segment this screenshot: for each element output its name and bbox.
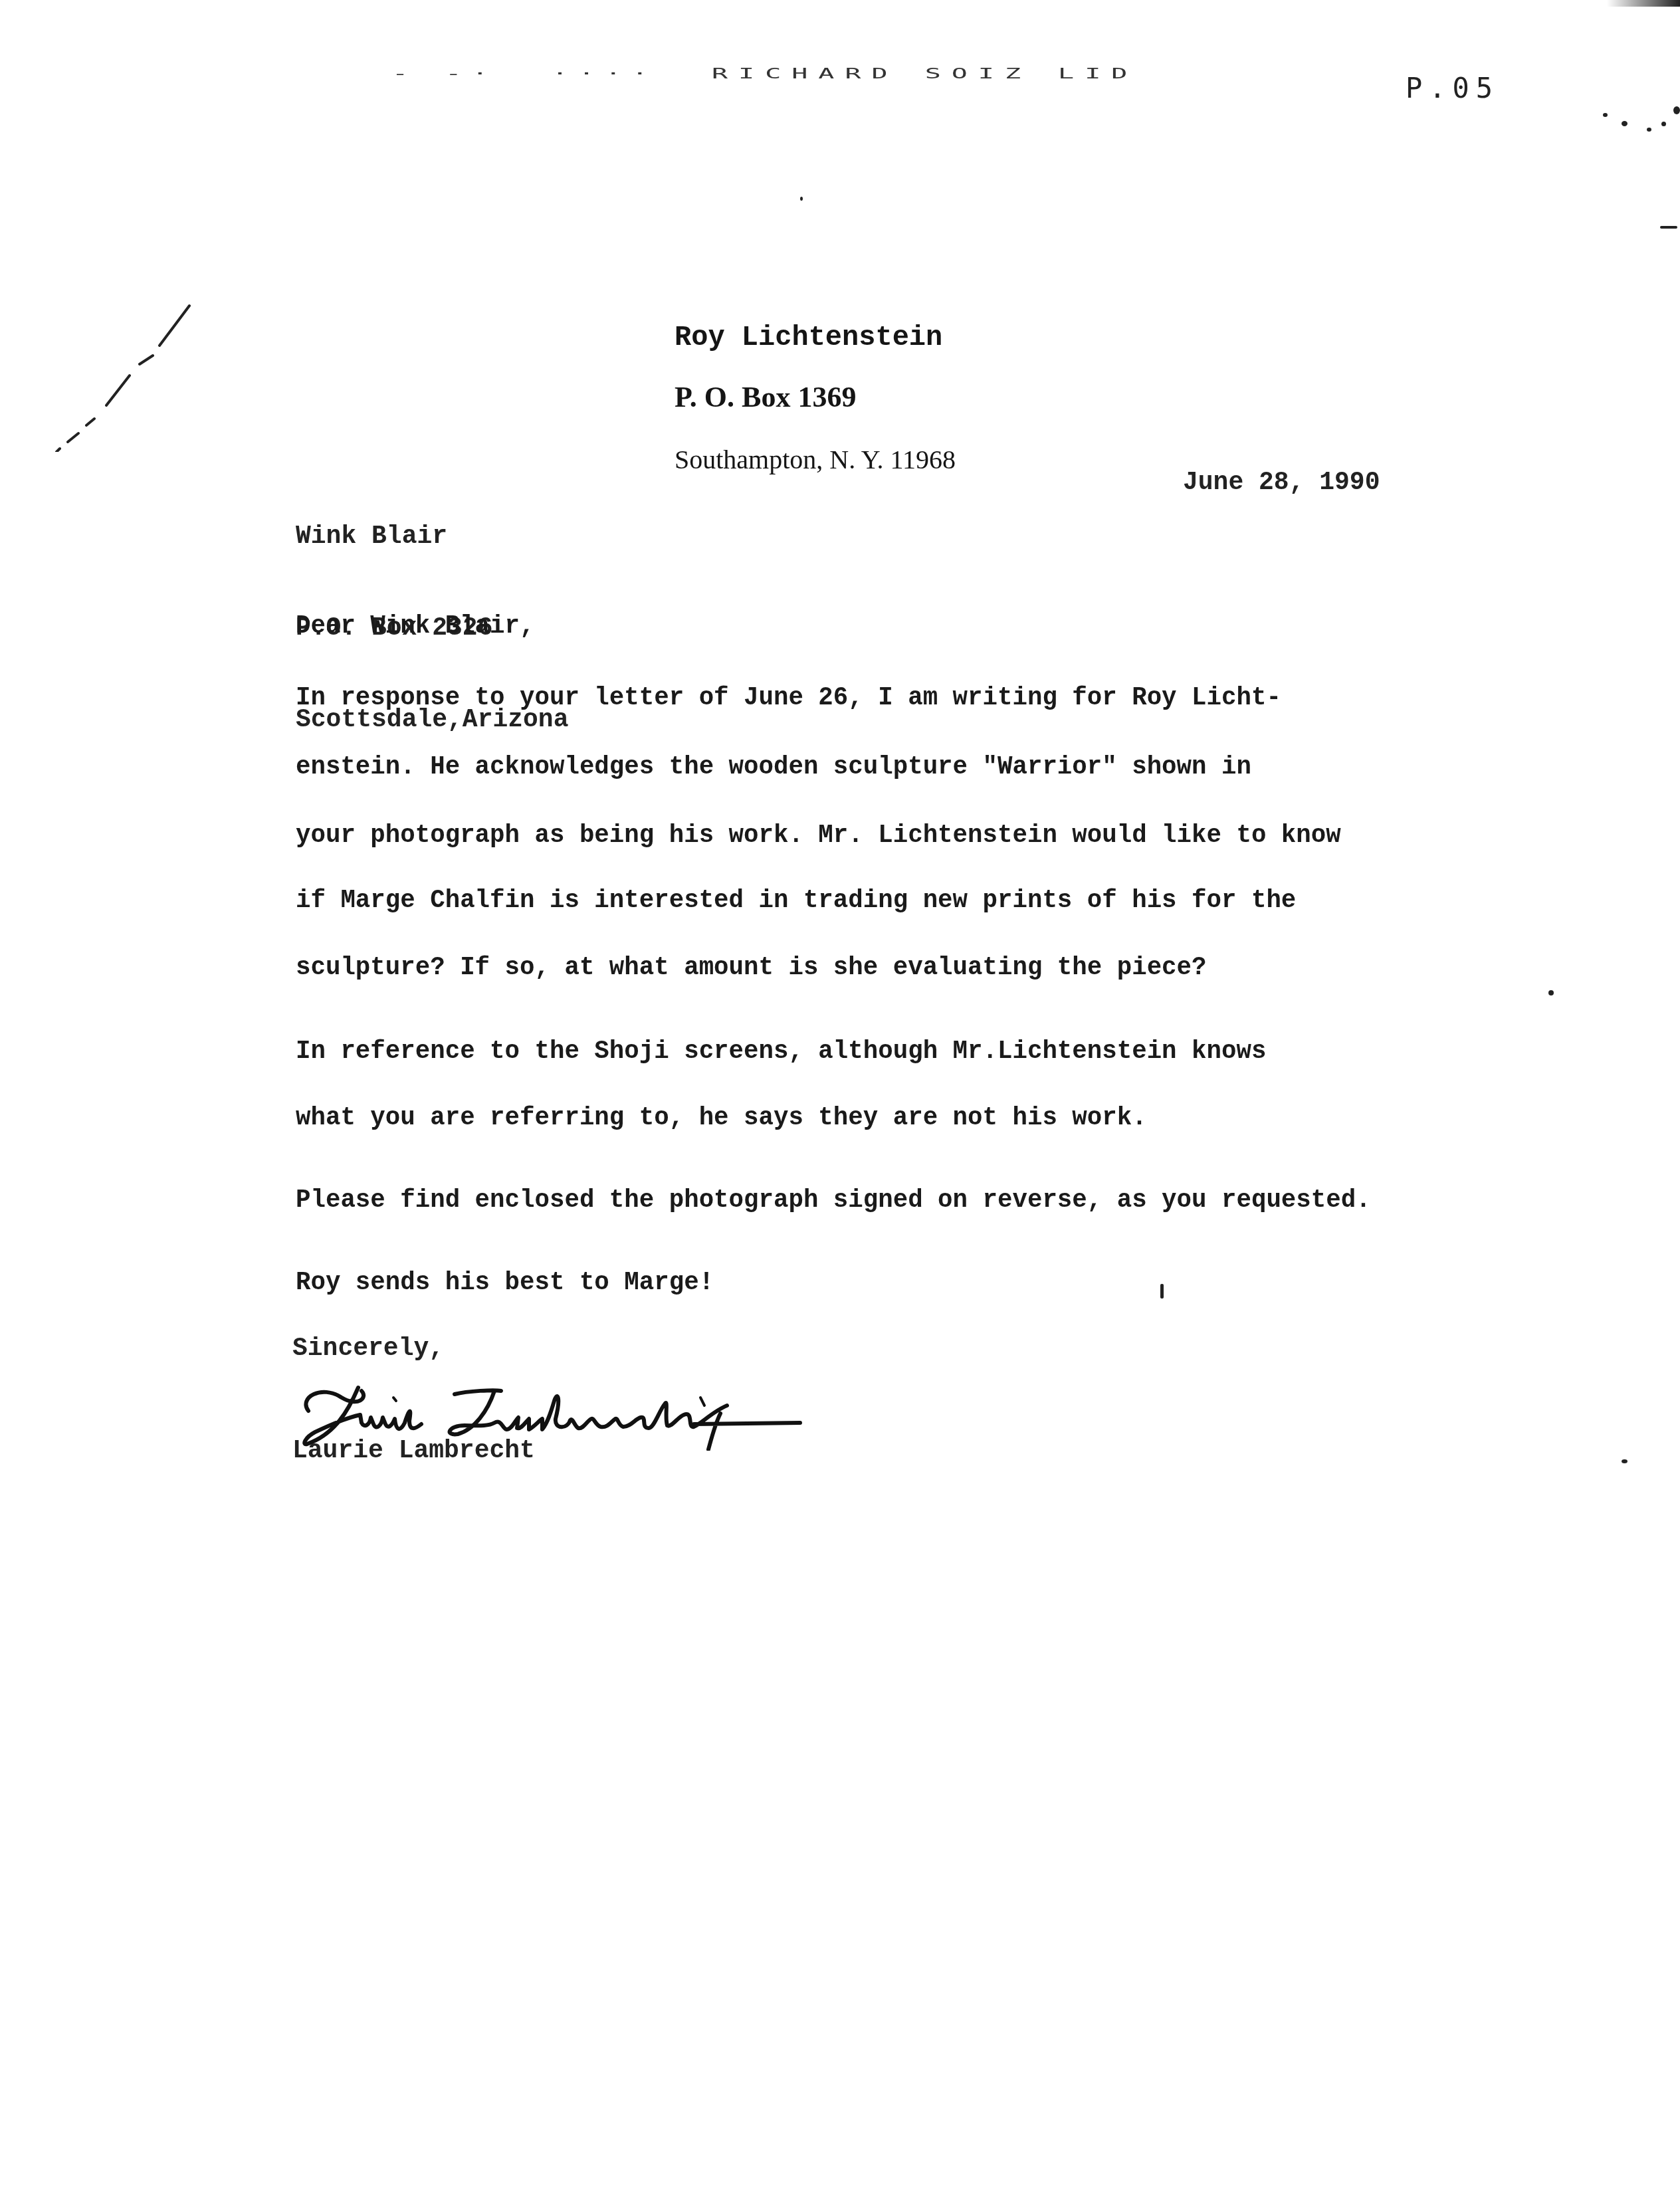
scan-edge-shadow <box>1607 0 1680 7</box>
scan-speck <box>1622 121 1627 126</box>
scan-speck <box>1622 1459 1627 1463</box>
scan-speck <box>1548 990 1554 995</box>
salutation: Dear Wink Blair, <box>296 611 534 641</box>
scan-speck <box>1673 106 1680 114</box>
body-line: enstein. He acknowledges the wooden scul… <box>296 752 1251 782</box>
scan-speck <box>1160 1284 1164 1299</box>
body-line: Roy sends his best to Marge! <box>296 1268 714 1297</box>
body-line: sculpture? If so, at what amount is she … <box>296 953 1207 982</box>
scan-speck <box>1660 226 1677 229</box>
recipient-name: Wink Blair <box>296 522 568 552</box>
letter-date: June 28, 1990 <box>1183 469 1380 497</box>
letterhead-po-box: P. O. Box 1369 <box>675 379 956 416</box>
signer-name: Laurie Lambrecht <box>292 1437 535 1465</box>
scan-speck <box>800 197 803 201</box>
fax-page-number: P.05 <box>1406 72 1499 104</box>
stray-pen-mark-icon <box>27 292 213 452</box>
body-line: if Marge Chalfin is interested in tradin… <box>296 886 1296 915</box>
body-line: your photograph as being his work. Mr. L… <box>296 821 1341 850</box>
scan-speck <box>1661 122 1666 126</box>
handwritten-signature-icon <box>282 1359 827 1439</box>
letterhead-name: Roy Lichtenstein <box>675 320 956 355</box>
letterhead-city: Southampton, N. Y. 11968 <box>675 440 956 480</box>
fax-header-sender: - -· ···· RICHARD SOIZ LID <box>392 65 1138 82</box>
body-line: what you are referring to, he says they … <box>296 1103 1147 1132</box>
scan-speck <box>1647 128 1651 132</box>
body-line: Please find enclosed the photograph sign… <box>296 1186 1371 1215</box>
letterhead: Roy Lichtenstein P. O. Box 1369 Southamp… <box>675 296 956 492</box>
scan-speck <box>1603 113 1608 117</box>
body-line: In reference to the Shoji screens, altho… <box>296 1037 1266 1066</box>
body-line: In response to your letter of June 26, I… <box>296 683 1281 712</box>
